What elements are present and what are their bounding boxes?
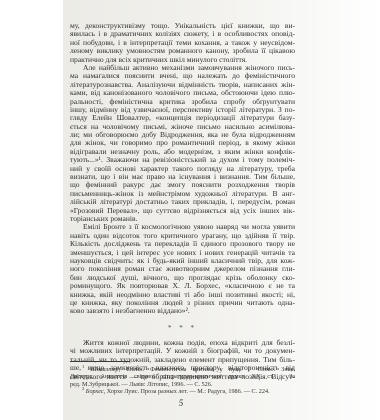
paragraph: му, деконструктивізму тощо. Унікальність…	[70, 22, 295, 64]
footnote-author: Шовалтер,	[90, 366, 120, 373]
footnote-line: Дискурс. Антологія світової літературно-…	[70, 373, 295, 380]
text-line: ково завзято і незбагненно віддано»².	[70, 307, 295, 315]
footnote-2: 2 Борхес, Хорхе Луис. Проза разных лет. …	[70, 388, 295, 395]
footnote-marker: 1	[82, 364, 84, 369]
footnote-1: 1 Шовалтер, Елейн. Феміністична критика …	[70, 366, 295, 373]
footnote-text: Елейн. Феміністична критика у пущі // Сл…	[120, 366, 295, 373]
footnote-author: Борхес,	[86, 388, 105, 395]
paragraph: Але найбільш активно механізми замовчува…	[70, 64, 295, 223]
section-separator: * * *	[70, 324, 295, 332]
paragraph: Емілі Бронте з її космологічною уявою на…	[70, 223, 295, 315]
page-number: 5	[175, 398, 187, 408]
footnote-text: Хорхе Луис. Проза разных лет. — М.: Раду…	[105, 388, 269, 395]
footnote-divider	[70, 361, 130, 362]
footnotes: 1 Шовалтер, Елейн. Феміністична критика …	[70, 366, 295, 396]
footnote-marker: 2	[82, 386, 84, 391]
body-text: му, деконструктивізму тощо. Унікальність…	[70, 22, 295, 381]
